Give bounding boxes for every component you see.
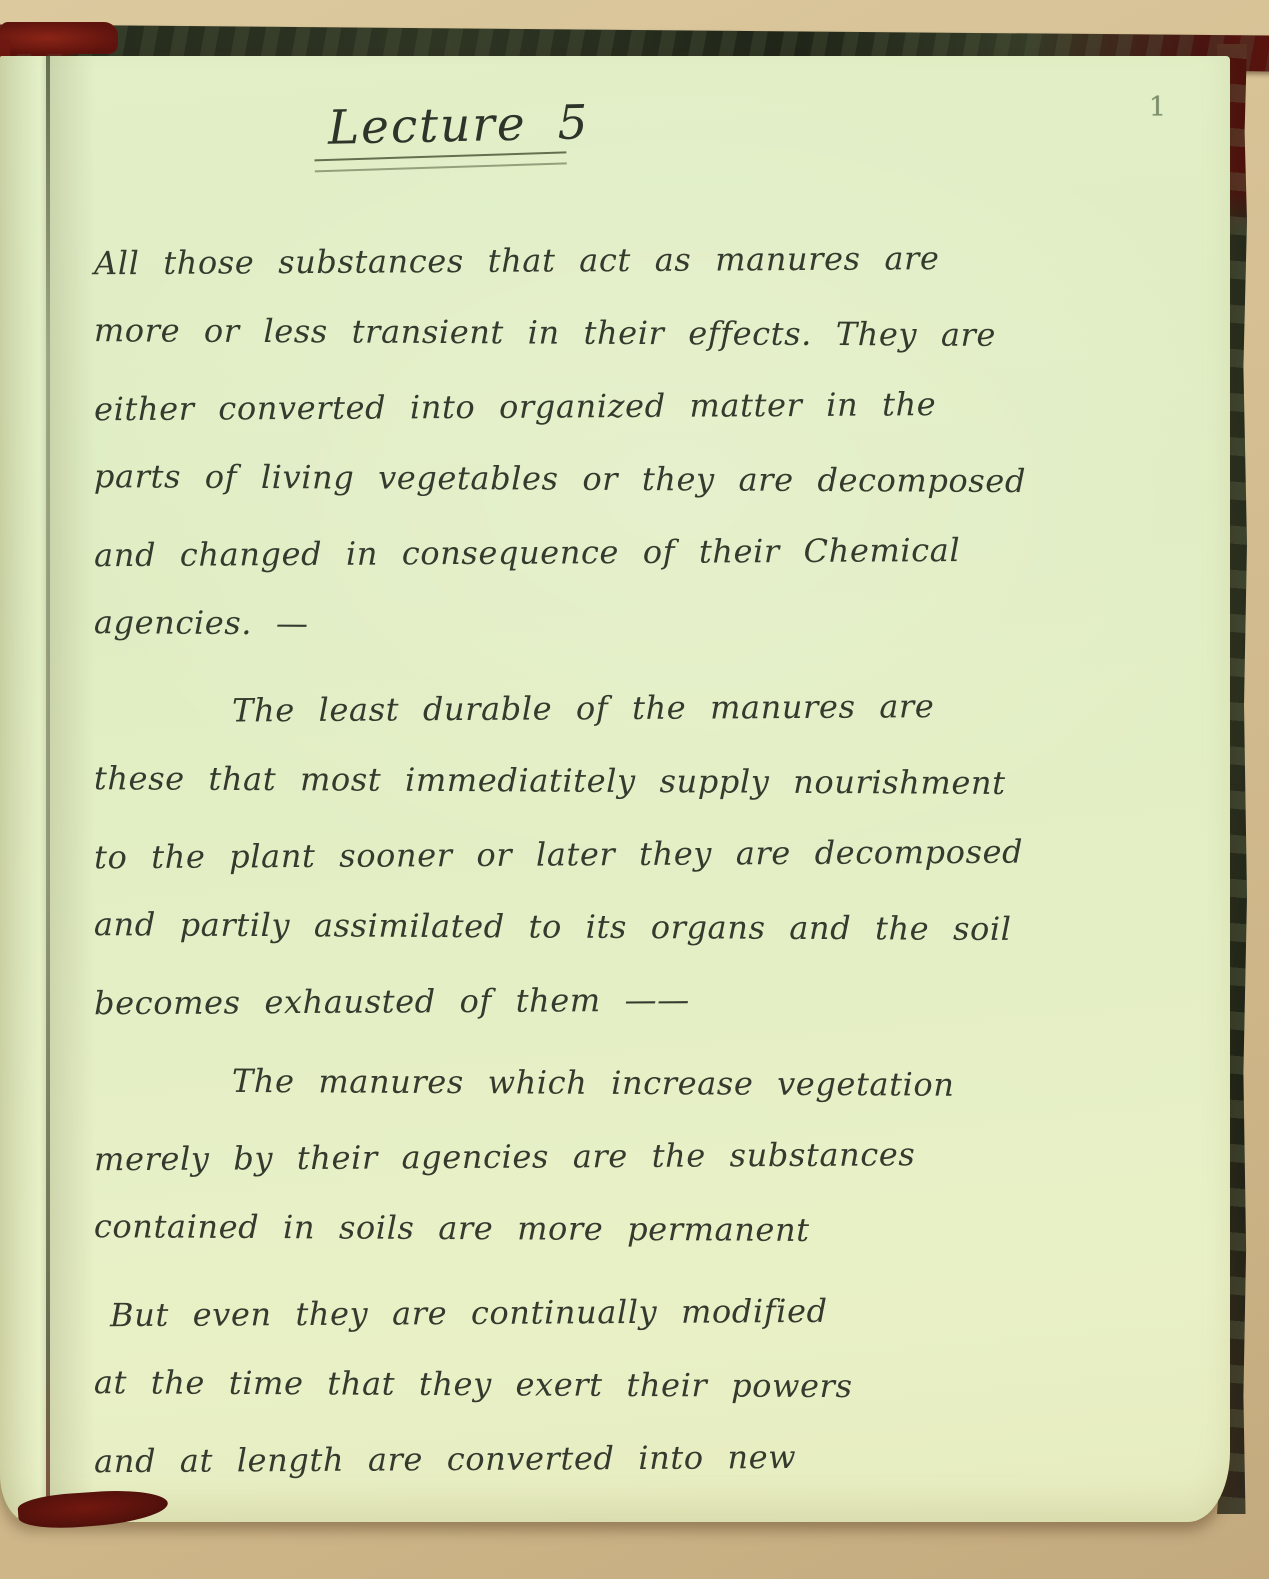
title-block: Lecture 5: [327, 95, 590, 170]
manuscript-line: to the plant sooner or later they are de…: [94, 797, 1174, 877]
manuscript-line: The least durable of the manures are: [94, 651, 1174, 731]
manuscript-line: All those substances that act as manures…: [94, 203, 1174, 283]
red-leather-corner-top-left: [0, 22, 118, 54]
manuscript-page: 1 Lecture 5 All those substances that ac…: [0, 56, 1230, 1522]
manuscript-line: parts of living vegetables or they are d…: [94, 422, 1174, 501]
manuscript-line: contained in soils are more permanent: [94, 1172, 1174, 1251]
manuscript-line: these that most immediatitely supply nou…: [94, 724, 1174, 803]
binding-gutter-crease: [46, 56, 50, 1522]
lecture-title: Lecture 5: [327, 95, 590, 155]
page-number: 1: [1149, 92, 1166, 123]
manuscript-line: agencies. —: [94, 568, 1174, 647]
manuscript-line: either converted into organized matter i…: [94, 349, 1174, 429]
manuscript-line: and at length are converted into new: [94, 1401, 1174, 1481]
manuscript-text: All those substances that act as manures…: [94, 206, 1174, 1477]
manuscript-line: The manures which increase vegetation: [94, 1026, 1174, 1105]
manuscript-line: But even they are continually modified: [94, 1255, 1174, 1335]
manuscript-line: merely by their agencies are the substan…: [94, 1099, 1174, 1179]
manuscript-line: more or less transient in their effects.…: [94, 276, 1174, 355]
manuscript-line: and changed in consequence of their Chem…: [94, 495, 1174, 575]
manuscript-line: and partily assimilated to its organs an…: [94, 870, 1174, 949]
manuscript-line: becomes exhausted of them ——: [94, 943, 1174, 1023]
manuscript-line: at the time that they exert their powers: [94, 1328, 1174, 1407]
photographed-notebook: 1 Lecture 5 All those substances that ac…: [0, 0, 1269, 1579]
